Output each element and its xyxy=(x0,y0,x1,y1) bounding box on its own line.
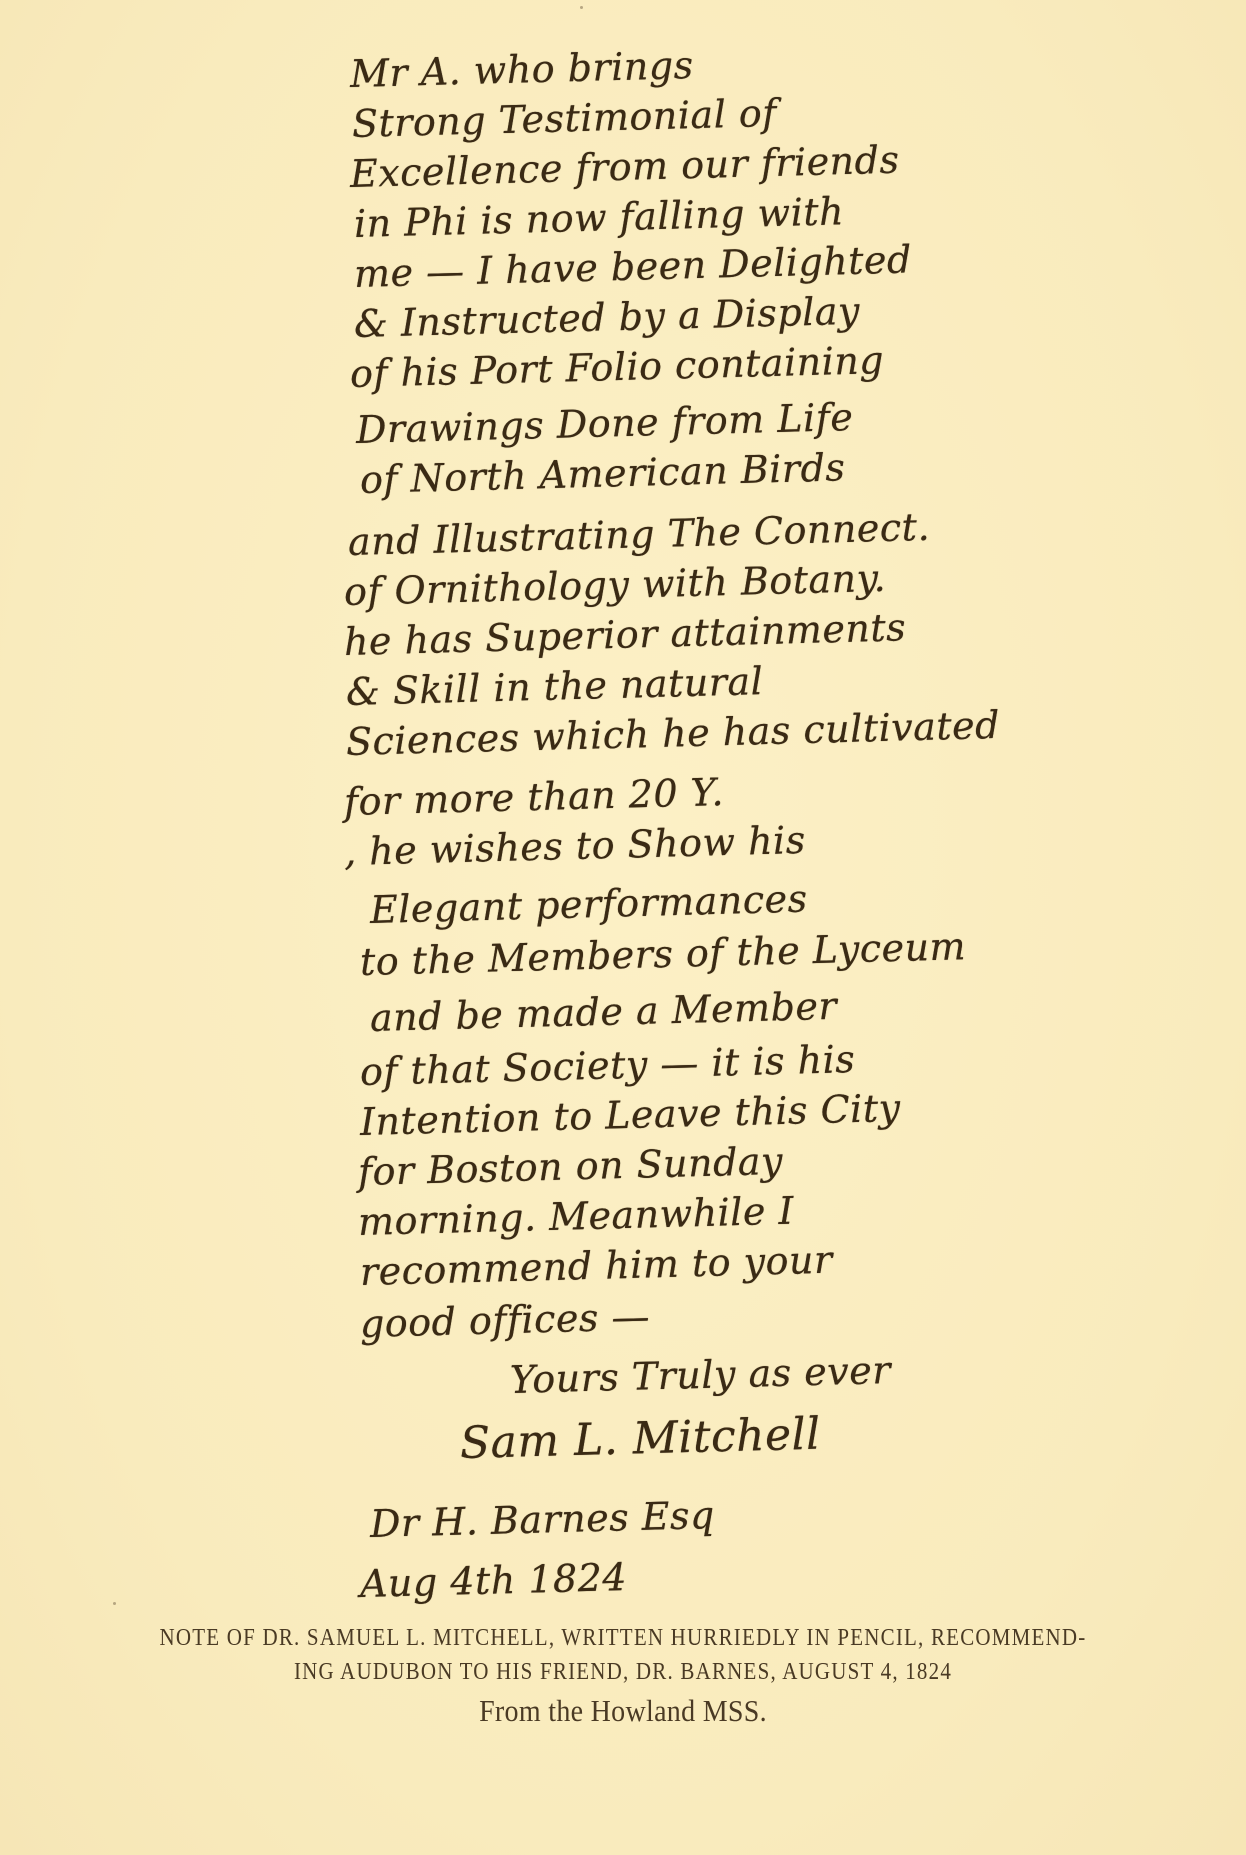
handwritten-line: morning. Meanwhile I xyxy=(357,1189,794,1244)
handwritten-line: me — I have been Delighted xyxy=(353,237,912,296)
handwritten-line: Sciences which he has cultivated xyxy=(345,703,1000,764)
print-speck xyxy=(113,1602,116,1605)
handwritten-line: of that Society — it is his xyxy=(359,1037,855,1094)
handwritten-line: Elegant performances xyxy=(369,877,808,932)
handwritten-line: Aug 4th 1824 xyxy=(359,1555,627,1606)
handwritten-line: for Boston on Sunday xyxy=(357,1139,783,1194)
handwritten-line: of Ornithology with Botany. xyxy=(343,556,886,614)
handwritten-line: Mr A. who brings xyxy=(349,43,694,96)
handwritten-line: & Skill in the natural xyxy=(345,659,763,714)
handwritten-line: he has Superior attainments xyxy=(343,605,906,664)
handwritten-note: Mr A. who bringsStrong Testimonial ofExc… xyxy=(340,40,940,1580)
handwritten-line: & Instructed by a Display xyxy=(353,289,860,346)
caption-line-2: ING AUDUBON TO HIS FRIEND, DR. BARNES, A… xyxy=(0,1651,1246,1690)
handwritten-line: and be made a Member xyxy=(369,984,837,1040)
handwritten-line: of his Port Folio containing xyxy=(349,338,884,396)
handwritten-line: Excellence from our friends xyxy=(349,138,900,196)
handwritten-line: in Phi is now falling with xyxy=(353,189,844,246)
caption: NOTE OF DR. SAMUEL L. MITCHELL, WRITTEN … xyxy=(0,1620,1246,1728)
handwritten-line: , he wishes to Show his xyxy=(343,818,806,874)
handwritten-line: for more than 20 Y. xyxy=(343,770,724,824)
handwritten-line: of North American Birds xyxy=(359,445,845,502)
handwritten-line: to the Members of the Lyceum xyxy=(359,924,966,984)
handwritten-line: and Illustrating The Connect. xyxy=(347,505,930,564)
handwritten-line: good offices — xyxy=(359,1294,650,1346)
page: Mr A. who bringsStrong Testimonial ofExc… xyxy=(0,0,1246,1855)
handwritten-line: Yours Truly as ever xyxy=(509,1348,891,1402)
handwritten-line: Strong Testimonial of xyxy=(351,91,777,146)
handwritten-line: Intention to Leave this City xyxy=(359,1086,901,1144)
signature: Sam L. Mitchell xyxy=(459,1409,821,1469)
caption-source: From the Howland MSS. xyxy=(0,1694,1246,1729)
handwritten-line: recommend him to your xyxy=(359,1238,833,1294)
print-speck xyxy=(580,6,583,9)
handwritten-line: Dr H. Barnes Esq xyxy=(369,1493,715,1546)
handwritten-line: Drawings Done from Life xyxy=(355,395,853,452)
